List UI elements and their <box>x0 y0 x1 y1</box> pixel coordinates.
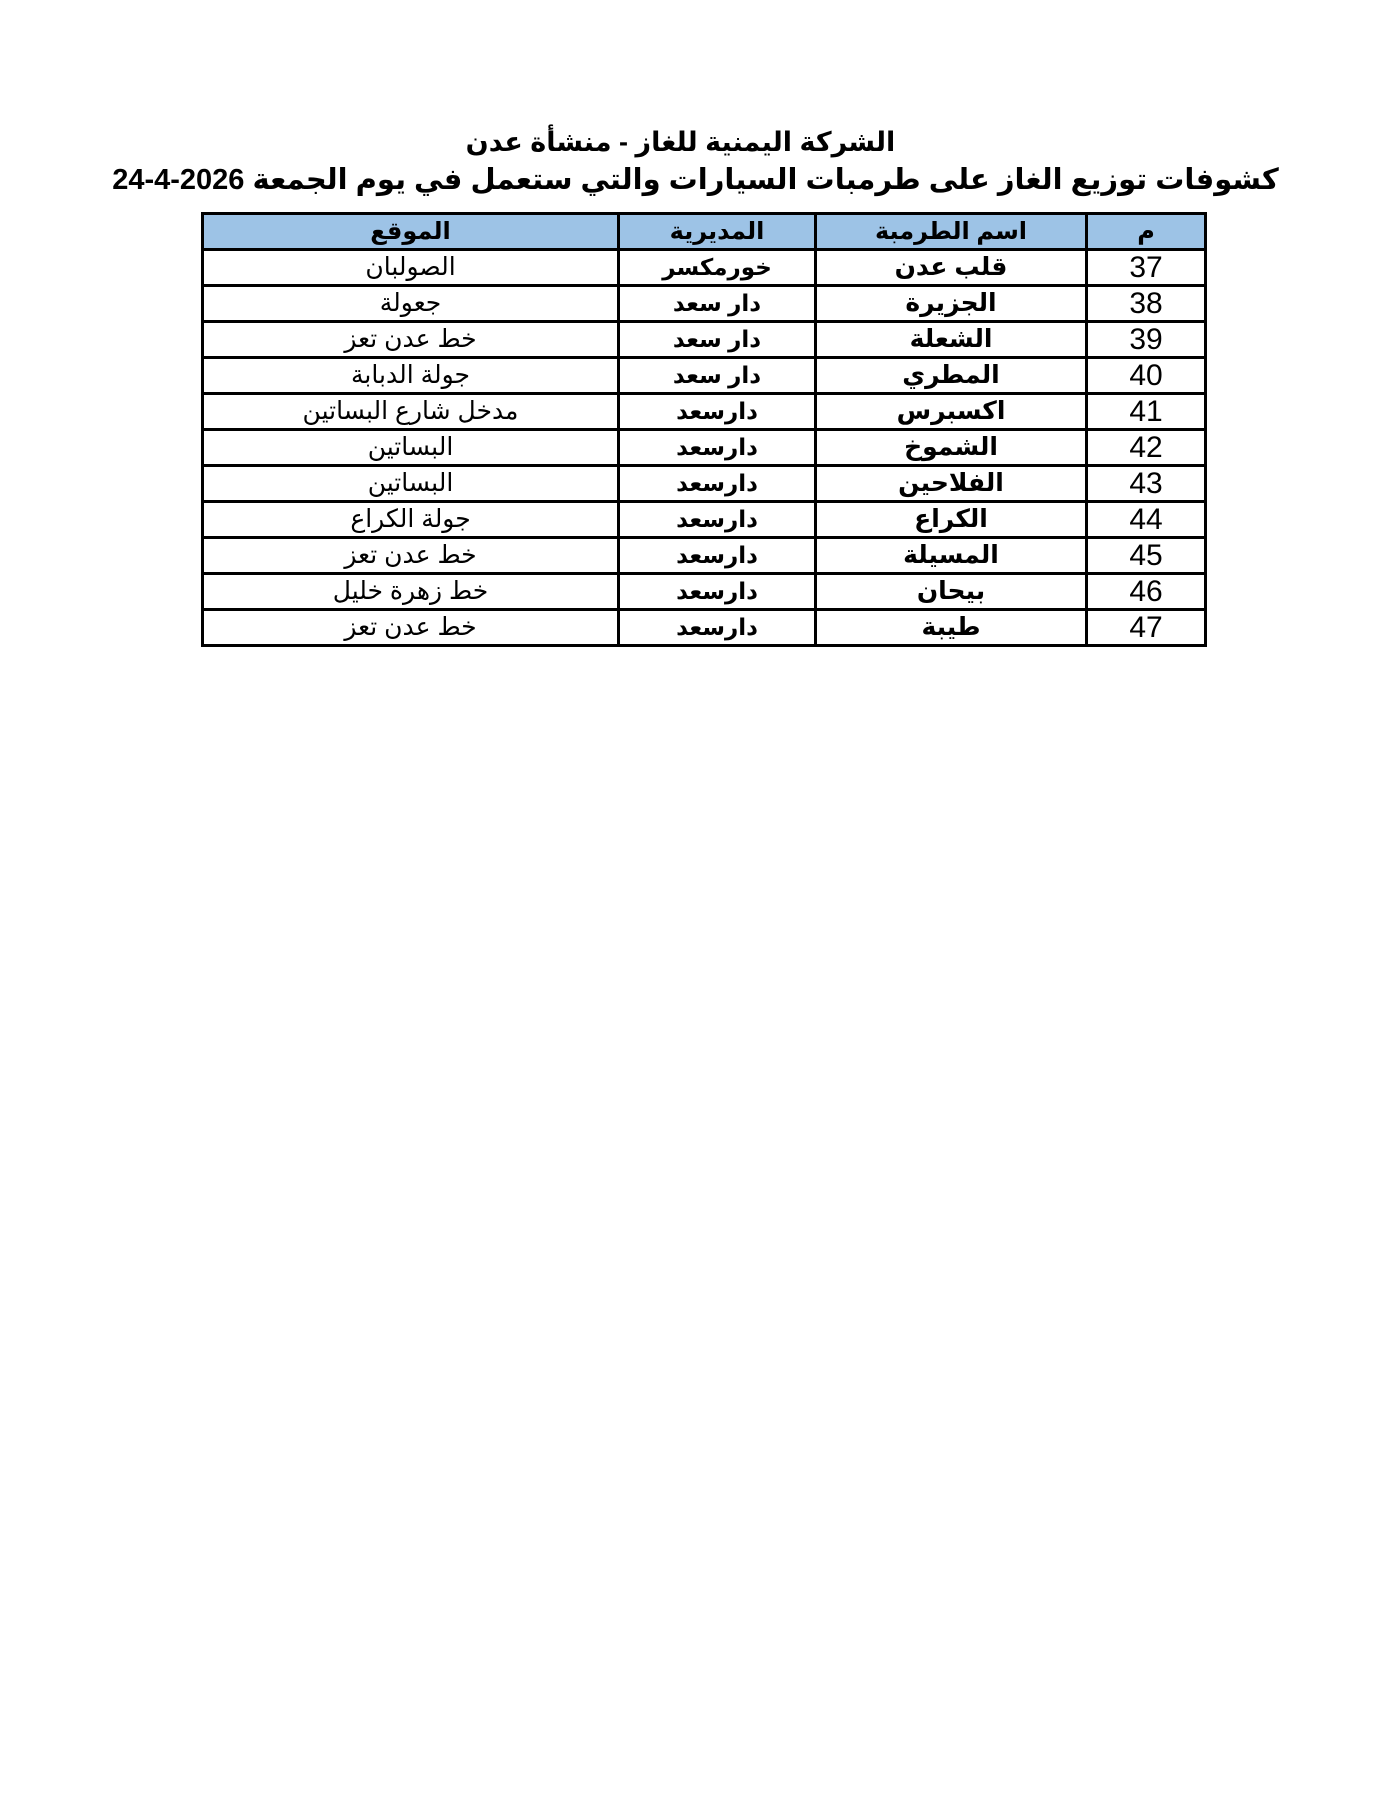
location: خط زهرة خليل <box>203 574 619 610</box>
row-number: 45 <box>1087 538 1206 574</box>
row-number: 42 <box>1087 430 1206 466</box>
header-station-name: اسم الطرمبة <box>816 214 1087 250</box>
district: دار سعد <box>619 358 816 394</box>
station-name: الشعلة <box>816 322 1087 358</box>
table-row: 44 الكراع دارسعد جولة الكراع <box>203 502 1206 538</box>
location: جولة الدبابة <box>203 358 619 394</box>
row-number: 43 <box>1087 466 1206 502</box>
district: خورمكسر <box>619 250 816 286</box>
row-number: 46 <box>1087 574 1206 610</box>
gas-distribution-table: م اسم الطرمبة المديرية الموقع 37 قلب عدن… <box>201 212 1207 647</box>
header-number: م <box>1087 214 1206 250</box>
station-name: المسيلة <box>816 538 1087 574</box>
table-row: 39 الشعلة دار سعد خط عدن تعز <box>203 322 1206 358</box>
station-name: بيحان <box>816 574 1087 610</box>
row-number: 39 <box>1087 322 1206 358</box>
table-row: 37 قلب عدن خورمكسر الصولبان <box>203 250 1206 286</box>
table-row: 43 الفلاحين دارسعد البساتين <box>203 466 1206 502</box>
district: دارسعد <box>619 466 816 502</box>
table-row: 38 الجزيرة دار سعد جعولة <box>203 286 1206 322</box>
station-name: الجزيرة <box>816 286 1087 322</box>
station-name: الشموخ <box>816 430 1087 466</box>
table-row: 42 الشموخ دارسعد البساتين <box>203 430 1206 466</box>
station-name: اكسبرس <box>816 394 1087 430</box>
station-name: قلب عدن <box>816 250 1087 286</box>
location: خط عدن تعز <box>203 610 619 646</box>
company-title: الشركة اليمنية للغاز - منشأة عدن <box>0 124 1376 160</box>
district: دارسعد <box>619 430 816 466</box>
subtitle-text: كشوفات توزيع الغاز على طرمبات السيارات و… <box>244 164 1278 196</box>
district: دارسعد <box>619 538 816 574</box>
station-name: طيبة <box>816 610 1087 646</box>
location: البساتين <box>203 466 619 502</box>
district: دارسعد <box>619 394 816 430</box>
location: جولة الكراع <box>203 502 619 538</box>
header-location: الموقع <box>203 214 619 250</box>
table-header-row: م اسم الطرمبة المديرية الموقع <box>203 214 1206 250</box>
location: مدخل شارع البساتين <box>203 394 619 430</box>
location: البساتين <box>203 430 619 466</box>
district: دارسعد <box>619 502 816 538</box>
row-number: 40 <box>1087 358 1206 394</box>
district: دارسعد <box>619 610 816 646</box>
row-number: 47 <box>1087 610 1206 646</box>
table-row: 41 اكسبرس دارسعد مدخل شارع البساتين <box>203 394 1206 430</box>
row-number: 38 <box>1087 286 1206 322</box>
location: خط عدن تعز <box>203 322 619 358</box>
station-name: الكراع <box>816 502 1087 538</box>
table-row: 47 طيبة دارسعد خط عدن تعز <box>203 610 1206 646</box>
row-number: 44 <box>1087 502 1206 538</box>
table-row: 45 المسيلة دارسعد خط عدن تعز <box>203 538 1206 574</box>
table-row: 46 بيحان دارسعد خط زهرة خليل <box>203 574 1206 610</box>
district: دارسعد <box>619 574 816 610</box>
subtitle-date: 24-4-2026 <box>112 164 244 196</box>
document-subtitle: كشوفات توزيع الغاز على طرمبات السيارات و… <box>0 161 1391 199</box>
station-name: الفلاحين <box>816 466 1087 502</box>
location: خط عدن تعز <box>203 538 619 574</box>
table-row: 40 المطري دار سعد جولة الدبابة <box>203 358 1206 394</box>
district: دار سعد <box>619 286 816 322</box>
row-number: 37 <box>1087 250 1206 286</box>
location: الصولبان <box>203 250 619 286</box>
row-number: 41 <box>1087 394 1206 430</box>
district: دار سعد <box>619 322 816 358</box>
header-district: المديرية <box>619 214 816 250</box>
station-name: المطري <box>816 358 1087 394</box>
location: جعولة <box>203 286 619 322</box>
